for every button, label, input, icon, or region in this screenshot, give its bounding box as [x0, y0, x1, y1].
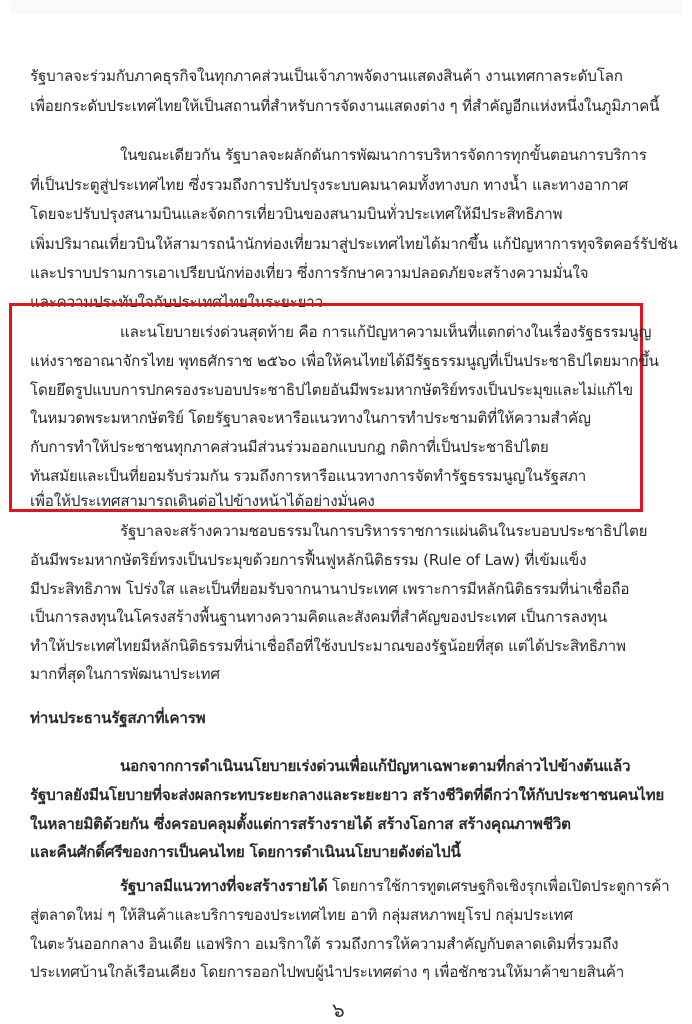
- paragraph-2-line-1: ในขณะเดียวกัน รัฐบาลจะผลักดันการพัฒนาการ…: [120, 141, 647, 169]
- paragraph-5-line-1: นอกจากการดำเนินนโยบายเร่งด่วนเพื่อแก้ปัญ…: [120, 752, 630, 780]
- paragraph-6-lead-bold: รัฐบาลมีแนวทางที่จะสร้างรายได้: [120, 877, 327, 895]
- highlighted-paragraph-line-6: ทันสมัยและเป็นที่ยอมรับร่วมกัน รวมถึงการ…: [30, 462, 586, 490]
- paragraph-1-line-2: เพื่อยกระดับประเทศไทยให้เป็นสถานที่สำหรั…: [30, 92, 659, 120]
- page-number: ๖: [332, 996, 345, 1024]
- paragraph-6-line-4: ประเทศบ้านใกล้เรือนเคียง โดยการออกไปพบผู…: [30, 958, 624, 986]
- paragraph-6-line-2: สู่ตลาดใหม่ ๆ ให้สินค้าและบริการของประเท…: [30, 901, 573, 929]
- paragraph-2-line-3: โดยจะปรับปรุงสนามบินและจัดการเที่ยวบินขอ…: [30, 200, 562, 228]
- paragraph-4-line-6: มากที่สุดในการพัฒนาประเทศ: [30, 660, 220, 688]
- paragraph-5-line-4: และคืนศักดิ์ศรีของการเป็นคนไทย โดยการดำเ…: [30, 838, 461, 866]
- paragraph-6-line-1-rest: โดยการใช้การทูตเศรษฐกิจเชิงรุกเพื่อเปิดป…: [327, 877, 669, 895]
- paragraph-4-line-2: อันมีพระมหากษัตริย์ทรงเป็นประมุขด้วยการฟ…: [30, 546, 586, 574]
- paragraph-5-line-3: ในหลายมิติด้วยกัน ซึ่งครอบคลุมตั้งแต่การ…: [30, 810, 571, 838]
- paragraph-2-line-4: เพิ่มปริมาณเที่ยวบินให้สามารถนำนักท่องเท…: [30, 230, 678, 258]
- highlighted-paragraph-line-3: โดยยึดรูปแบบการปกครองระบอบประชาธิปไตยอัน…: [30, 376, 633, 404]
- paragraph-4-line-1: รัฐบาลจะสร้างความชอบธรรมในการบริหารราชกา…: [120, 517, 647, 545]
- highlighted-paragraph-line-4: ในหมวดพระมหากษัตริย์ โดยรัฐบาลจะหารือแนว…: [30, 404, 591, 432]
- paragraph-4-line-3: มีประสิทธิภาพ โปร่งใส และเป็นที่ยอมรับจา…: [30, 575, 629, 603]
- paragraph-4-line-4: เป็นการลงทุนในโครงสร้างพื้นฐานทางความคิด…: [30, 603, 607, 631]
- paragraph-2-line-5: และปราบปรามการเอาเปรียบนักท่องเที่ยว ซึ่…: [30, 259, 588, 287]
- scan-edge: [10, 0, 682, 14]
- document-page: รัฐบาลจะร่วมกับภาคธุรกิจในทุกภาคส่วนเป็น…: [0, 0, 692, 1024]
- paragraph-4-line-5: ทำให้ประเทศไทยมีหลักนิติธรรมที่น่าเชื่อถ…: [30, 632, 626, 660]
- paragraph-1-line-1: รัฐบาลจะร่วมกับภาคธุรกิจในทุกภาคส่วนเป็น…: [30, 62, 623, 90]
- highlighted-paragraph-line-2: แห่งราชอาณาจักรไทย พุทธศักราช ๒๕๖๐ เพื่อ…: [30, 347, 659, 375]
- salutation-heading: ท่านประธานรัฐสภาที่เคารพ: [30, 704, 205, 732]
- paragraph-6-line-3: ในตะวันออกกลาง อินเดีย แอฟริกา อเมริกาใต…: [30, 930, 618, 958]
- highlighted-paragraph-line-1: และนโยบายเร่งด่วนสุดท้าย คือ การแก้ปัญหา…: [120, 318, 651, 346]
- highlighted-paragraph-line-7: เพื่อให้ประเทศสามารถเดินต่อไปข้างหน้าได้…: [30, 487, 375, 515]
- paragraph-2-line-2: ที่เป็นประตูสู่ประเทศไทย ซึ่งรวมถึงการปร…: [30, 171, 628, 199]
- paragraph-5-line-2: รัฐบาลยังมีนโยบายที่จะส่งผลกระทบระยะกลาง…: [30, 781, 664, 809]
- paragraph-6-line-1: รัฐบาลมีแนวทางที่จะสร้างรายได้ โดยการใช้…: [120, 872, 669, 900]
- highlighted-paragraph-line-5: กับการทำให้ประชาชนทุกภาคส่วนมีส่วนร่วมออ…: [30, 433, 549, 461]
